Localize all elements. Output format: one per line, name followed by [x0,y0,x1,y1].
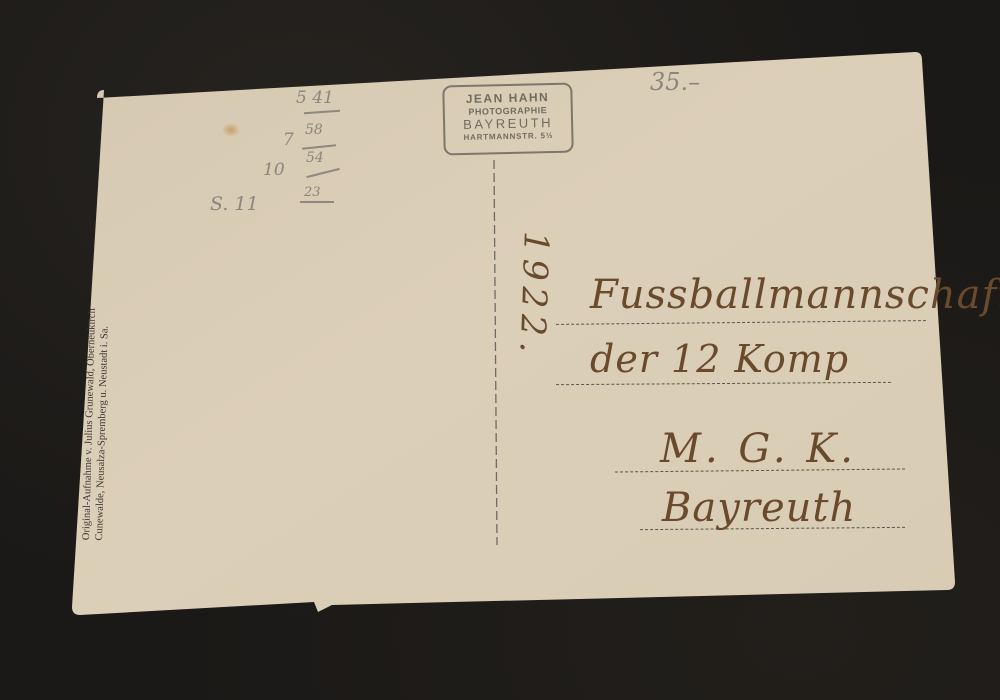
stain-mark [222,123,240,137]
photo-scene: JEAN HAHN PHOTOGRAPHIE BAYREUTH HARTMANN… [0,0,1000,700]
postcard-surface [72,52,955,615]
postcard [0,0,1000,700]
